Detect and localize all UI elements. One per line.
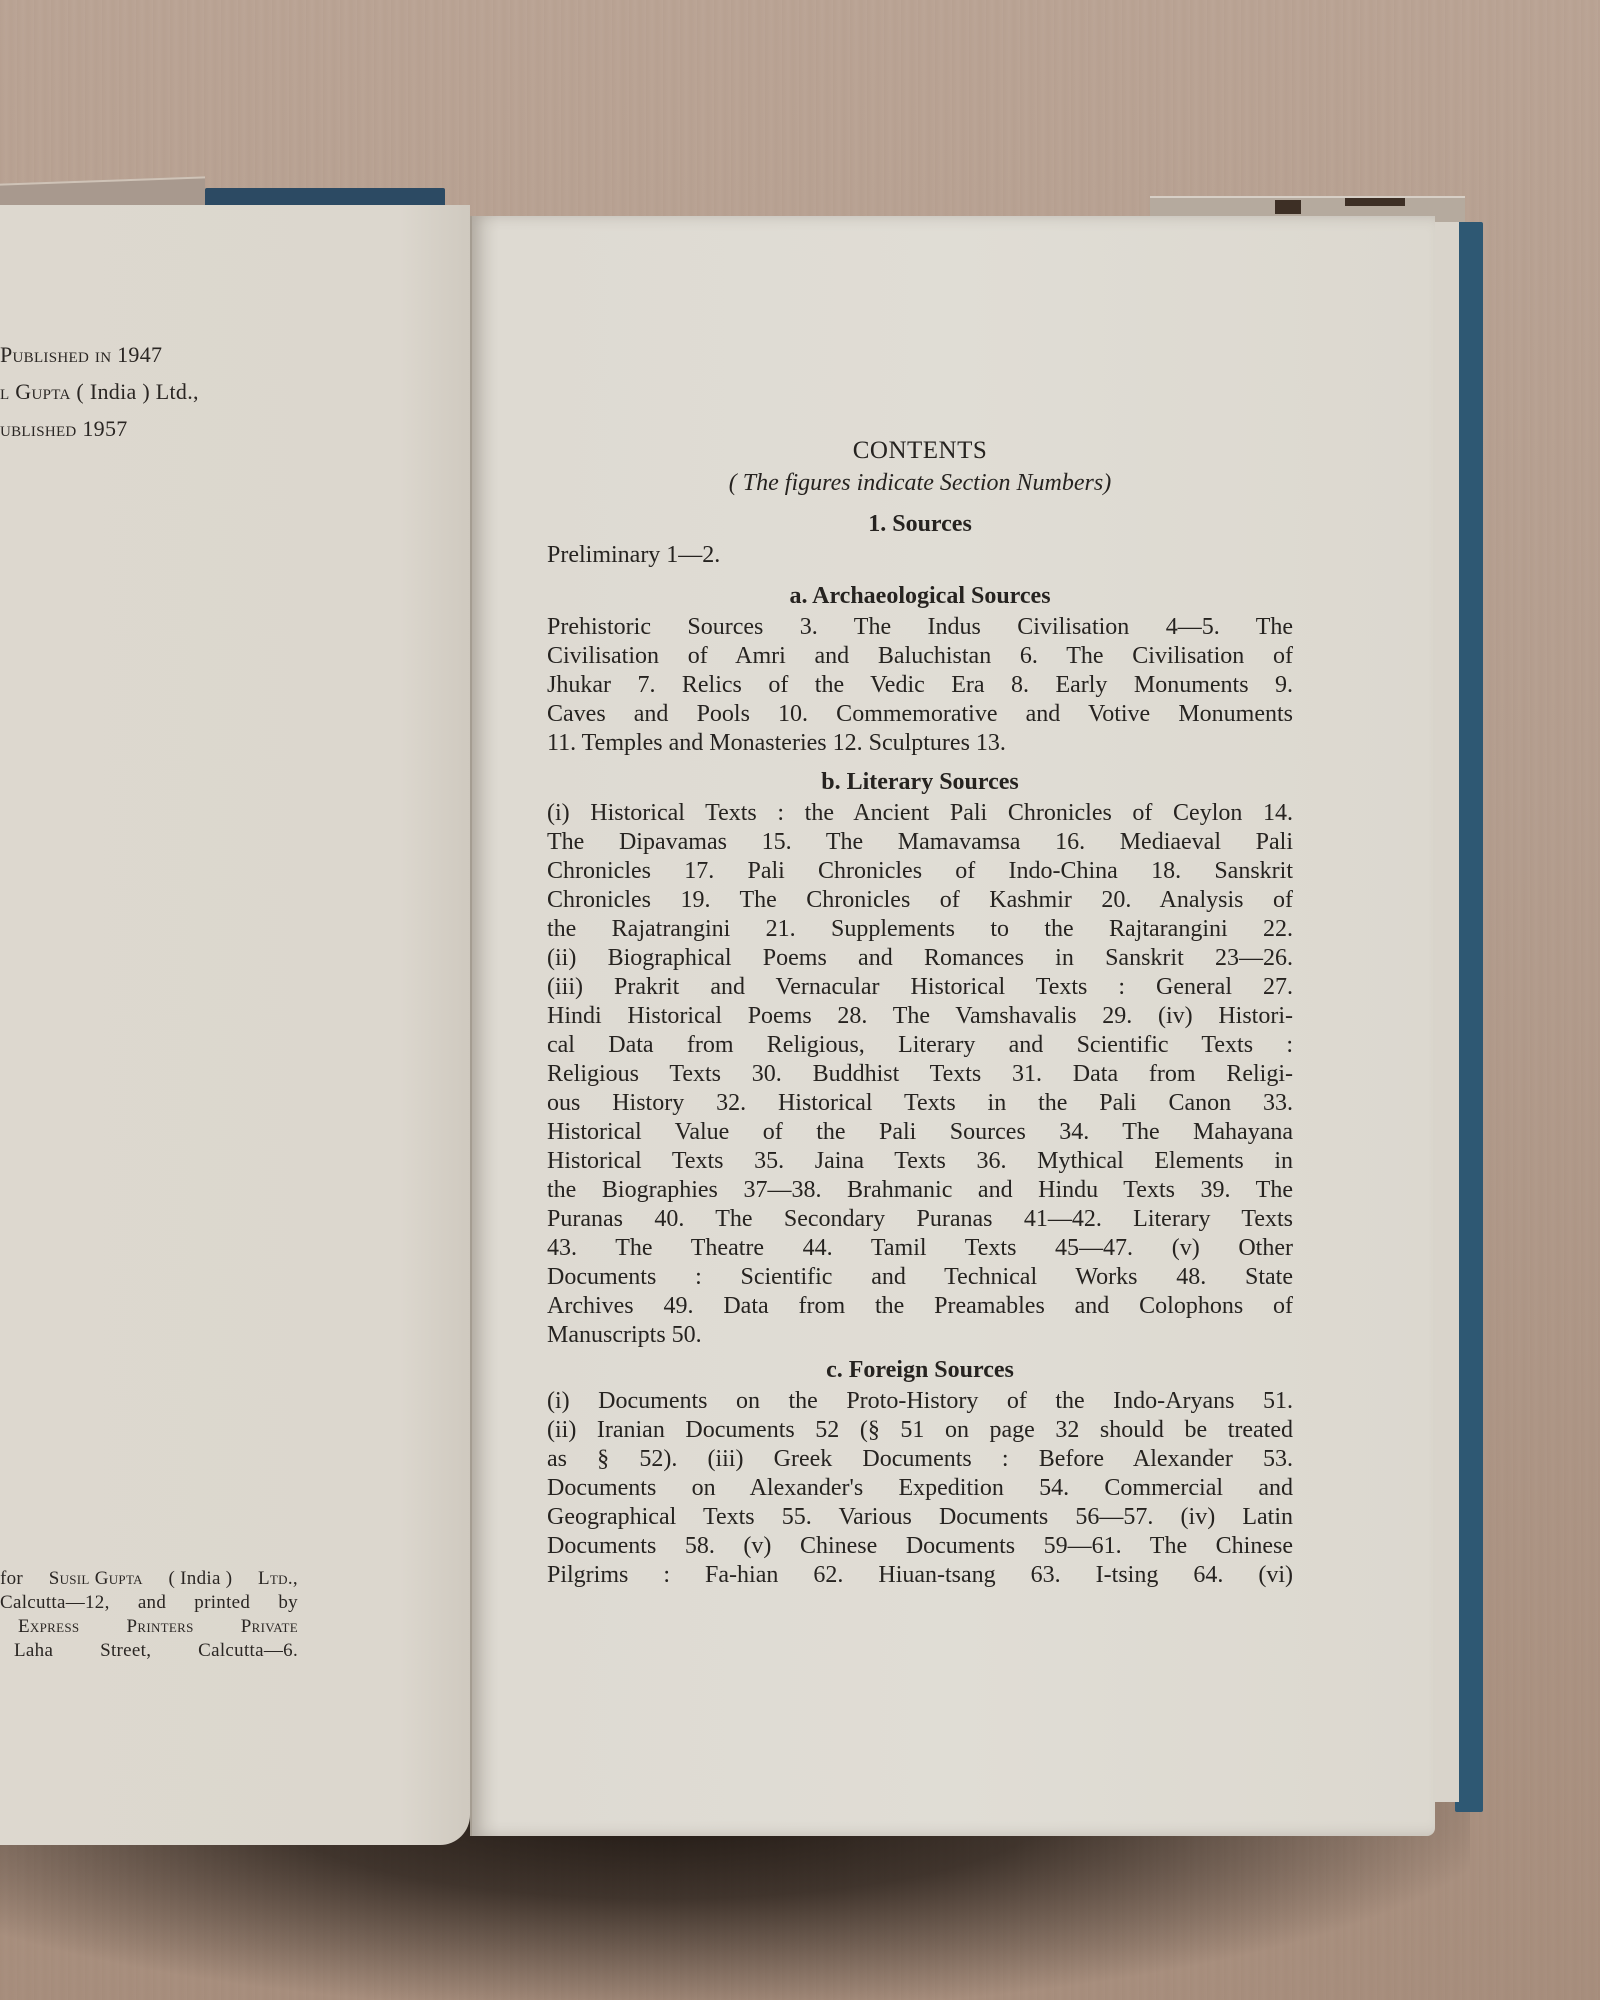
text-line: Historical Texts 35. Jaina Texts 36. Myt… [547,1147,1293,1176]
text-line: Documents on Alexander's Expedition 54. … [547,1474,1293,1503]
text-line: Jhukar 7. Relics of the Vedic Era 8. Ear… [547,671,1293,700]
text-line: Civilisation of Amri and Baluchistan 6. … [547,642,1293,671]
text-line: (ii) Biographical Poems and Romances in … [547,944,1293,973]
section-body-literary: (i) Historical Texts : the Ancient Pali … [547,799,1293,1350]
text-line: Manuscripts 50. [547,1321,1293,1350]
section-heading-archaeological: a. Archaeological Sources [547,582,1293,611]
torn-shadow [1345,198,1405,206]
right-cover-blue-edge [1455,222,1483,1812]
text-line: (iii) Prakrit and Vernacular Historical … [547,973,1293,1002]
text-line: Historical Value of the Pali Sources 34.… [547,1118,1293,1147]
imprint-line: ublished 1957 [0,410,199,447]
text-line: Archives 49. Data from the Preamables an… [547,1292,1293,1321]
imprint-line: Laha Street, Calcutta—6. [0,1639,298,1663]
text-line: 43. The Theatre 44. Tamil Texts 45—47. (… [547,1234,1293,1263]
text-line: Chronicles 19. The Chronicles of Kashmir… [547,886,1293,915]
imprint-line: l Gupta ( India ) Ltd., [0,373,199,410]
text-line: (i) Historical Texts : the Ancient Pali … [547,799,1293,828]
text-line: Pilgrims : Fa-hian 62. Hiuan-tsang 63. I… [547,1561,1293,1590]
text-line: Chronicles 17. Pali Chronicles of Indo-C… [547,857,1293,886]
imprint-line: for Susil Gupta ( India ) Ltd., [0,1567,298,1591]
text-line: Puranas 40. The Secondary Puranas 41—42.… [547,1205,1293,1234]
imprint-line: Calcutta—12, and printed by [0,1591,298,1615]
imprint-bottom: for Susil Gupta ( India ) Ltd., Calcutta… [0,1567,298,1663]
text-line: ous History 32. Historical Texts in the … [547,1089,1293,1118]
page-subtitle: ( The figures indicate Section Numbers) [547,469,1293,498]
part-heading: 1. Sources [547,510,1293,539]
text-line: (i) Documents on the Proto-History of th… [547,1387,1293,1416]
imprint-line: Published in 1947 [0,336,199,373]
text-line: cal Data from Religious, Literary and Sc… [547,1031,1293,1060]
page-title: CONTENTS [547,436,1293,465]
text-line: as § 52). (iii) Greek Documents : Before… [547,1445,1293,1474]
preliminary-entry: Preliminary 1—2. [547,541,1293,570]
text-line: Caves and Pools 10. Commemorative and Vo… [547,700,1293,729]
contents-page: CONTENTS ( The figures indicate Section … [547,436,1293,1590]
text-line: (ii) Iranian Documents 52 (§ 51 on page … [547,1416,1293,1445]
section-body-archaeological: Prehistoric Sources 3. The Indus Civilis… [547,613,1293,758]
book-gutter [470,216,472,1836]
text-line: Documents : Scientific and Technical Wor… [547,1263,1293,1292]
section-body-foreign: (i) Documents on the Proto-History of th… [547,1387,1293,1590]
text-line: Hindi Historical Poems 28. The Vamshaval… [547,1002,1293,1031]
text-line: the Biographies 37—38. Brahmanic and Hin… [547,1176,1293,1205]
text-line: Documents 58. (v) Chinese Documents 59—6… [547,1532,1293,1561]
imprint-top: Published in 1947 l Gupta ( India ) Ltd.… [0,336,199,447]
text-line: Prehistoric Sources 3. The Indus Civilis… [547,613,1293,642]
text-line: 11. Temples and Monasteries 12. Sculptur… [547,729,1293,758]
text-line: the Rajatrangini 21. Supplements to the … [547,915,1293,944]
text-line: Religious Texts 30. Buddhist Texts 31. D… [547,1060,1293,1089]
text-line: Geographical Texts 55. Various Documents… [547,1503,1293,1532]
page-stack-edge [1432,222,1459,1802]
section-heading-foreign: c. Foreign Sources [547,1356,1293,1385]
text-line: The Dipavamas 15. The Mamavamsa 16. Medi… [547,828,1293,857]
torn-shadow [1275,200,1301,214]
imprint-line: Express Printers Private [0,1615,298,1639]
section-heading-literary: b. Literary Sources [547,768,1293,797]
